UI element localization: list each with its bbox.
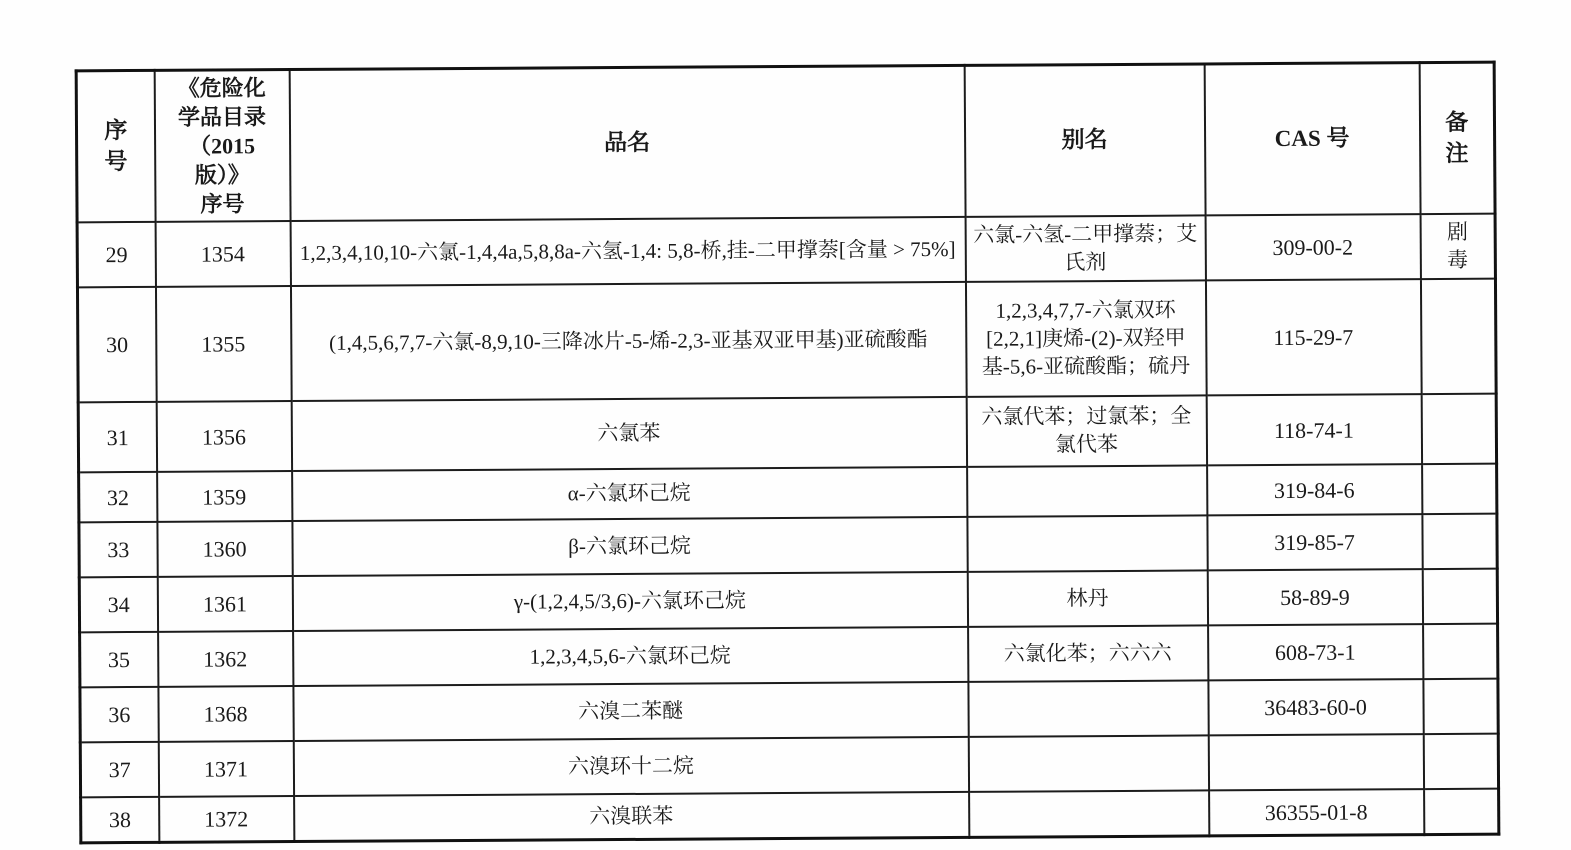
table-row: 30 1355 (1,4,5,6,7,7-六氯-8,9,10-三降冰片-5-烯-… (77, 279, 1496, 403)
cell-serial: 36 (80, 687, 158, 742)
cell-alias: 1,2,3,4,7,7-六氯双环[2,2,1]庚烯-(2)-双羟甲基-5,6-亚… (965, 281, 1206, 397)
cell-remark (1421, 394, 1496, 464)
cell-catalog: 1355 (155, 286, 291, 402)
cell-remark (1422, 569, 1497, 624)
cell-alias (967, 516, 1207, 572)
header-serial-number: 序 号 (76, 70, 155, 222)
cell-alias: 六氯-六氢-二甲撑萘；艾氏剂 (965, 216, 1205, 282)
cell-cas: 319-85-7 (1207, 514, 1422, 570)
cell-name: 六氯苯 (291, 397, 966, 471)
cell-cas: 36355-01-8 (1209, 789, 1424, 835)
cell-remark: 剧 毒 (1420, 214, 1495, 279)
cell-cas: 608-73-1 (1208, 624, 1423, 680)
cell-catalog: 1368 (158, 686, 293, 742)
cell-cas (1208, 734, 1423, 790)
cell-serial: 32 (79, 472, 157, 522)
cell-remark (1423, 624, 1498, 679)
header-cas-number: CAS 号 (1204, 63, 1420, 216)
table-row: 35 1362 1,2,3,4,5,6-六氯环己烷 六氯化苯；六六六 608-7… (80, 624, 1498, 688)
cell-catalog: 1372 (159, 796, 294, 842)
cell-serial: 37 (80, 742, 158, 797)
header-remark: 备 注 (1419, 62, 1495, 214)
header-catalog-number: 《危险化 学品目录 （2015 版）》 序号 (154, 70, 290, 222)
table-row: 34 1361 γ-(1,2,4,5/3,6)-六氯环己烷 林丹 58-89-9 (79, 569, 1497, 633)
hazardous-chemicals-table: 序 号 《危险化 学品目录 （2015 版）》 序号 品名 别名 CAS 号 备… (75, 61, 1501, 844)
cell-remark (1422, 514, 1497, 569)
cell-alias (968, 736, 1208, 792)
cell-catalog: 1359 (157, 471, 292, 522)
header-alias: 别名 (964, 64, 1205, 217)
cell-serial: 33 (79, 522, 157, 577)
cell-alias (967, 466, 1207, 517)
cell-name: 六溴环十二烷 (293, 737, 968, 796)
cell-cas: 36483-60-0 (1208, 679, 1423, 735)
cell-cas: 319-84-6 (1207, 464, 1422, 515)
cell-alias: 六氯代苯；过氯苯；全氯代苯 (966, 396, 1206, 467)
cell-serial: 29 (77, 222, 155, 287)
cell-name: (1,4,5,6,7,7-六氯-8,9,10-三降冰片-5-烯-2,3-亚基双亚… (290, 282, 966, 401)
table-row: 32 1359 α-六氯环己烷 319-84-6 (79, 464, 1497, 523)
table-row: 37 1371 六溴环十二烷 (80, 734, 1498, 798)
cell-name: 六溴联苯 (294, 792, 969, 841)
document-page: 序 号 《危险化 学品目录 （2015 版）》 序号 品名 别名 CAS 号 备… (0, 0, 1571, 850)
cell-alias: 林丹 (967, 571, 1207, 627)
cell-serial: 35 (80, 632, 158, 687)
cell-catalog: 1362 (158, 631, 293, 687)
cell-alias (969, 791, 1209, 837)
table-row: 36 1368 六溴二苯醚 36483-60-0 (80, 679, 1498, 743)
cell-name: 1,2,3,4,10,10-六氯-1,4,4a,5,8,8a-六氢-1,4: 5… (290, 217, 965, 286)
cell-serial: 38 (81, 797, 159, 842)
cell-cas: 118-74-1 (1206, 394, 1421, 465)
cell-name: 六溴二苯醚 (293, 682, 968, 741)
cell-cas: 309-00-2 (1205, 214, 1420, 280)
cell-name: β-六氯环己烷 (292, 517, 967, 576)
table-row: 33 1360 β-六氯环己烷 319-85-7 (79, 514, 1497, 578)
cell-catalog: 1356 (156, 401, 291, 472)
cell-name: γ-(1,2,4,5/3,6)-六氯环己烷 (292, 572, 967, 631)
cell-catalog: 1354 (155, 221, 290, 287)
cell-catalog: 1360 (157, 521, 292, 577)
cell-catalog: 1361 (157, 576, 292, 632)
cell-serial: 30 (77, 287, 156, 402)
cell-remark (1423, 734, 1498, 789)
cell-serial: 31 (78, 402, 156, 472)
cell-name: α-六氯环己烷 (292, 467, 967, 521)
table-row: 31 1356 六氯苯 六氯代苯；过氯苯；全氯代苯 118-74-1 (78, 394, 1496, 473)
cell-name: 1,2,3,4,5,6-六氯环己烷 (293, 627, 968, 686)
cell-alias (968, 681, 1208, 737)
table-header-row: 序 号 《危险化 学品目录 （2015 版）》 序号 品名 别名 CAS 号 备… (76, 62, 1495, 222)
table-row: 38 1372 六溴联苯 36355-01-8 (81, 789, 1499, 843)
table-row: 29 1354 1,2,3,4,10,10-六氯-1,4,4a,5,8,8a-六… (77, 214, 1495, 288)
cell-cas: 58-89-9 (1207, 569, 1422, 625)
header-product-name: 品名 (289, 65, 965, 221)
cell-catalog: 1371 (158, 741, 293, 797)
cell-remark (1423, 679, 1498, 734)
cell-remark (1422, 464, 1497, 514)
cell-remark (1420, 279, 1496, 394)
cell-serial: 34 (79, 577, 157, 632)
cell-alias: 六氯化苯；六六六 (968, 626, 1208, 682)
cell-cas: 115-29-7 (1205, 279, 1421, 395)
cell-remark (1424, 789, 1499, 834)
